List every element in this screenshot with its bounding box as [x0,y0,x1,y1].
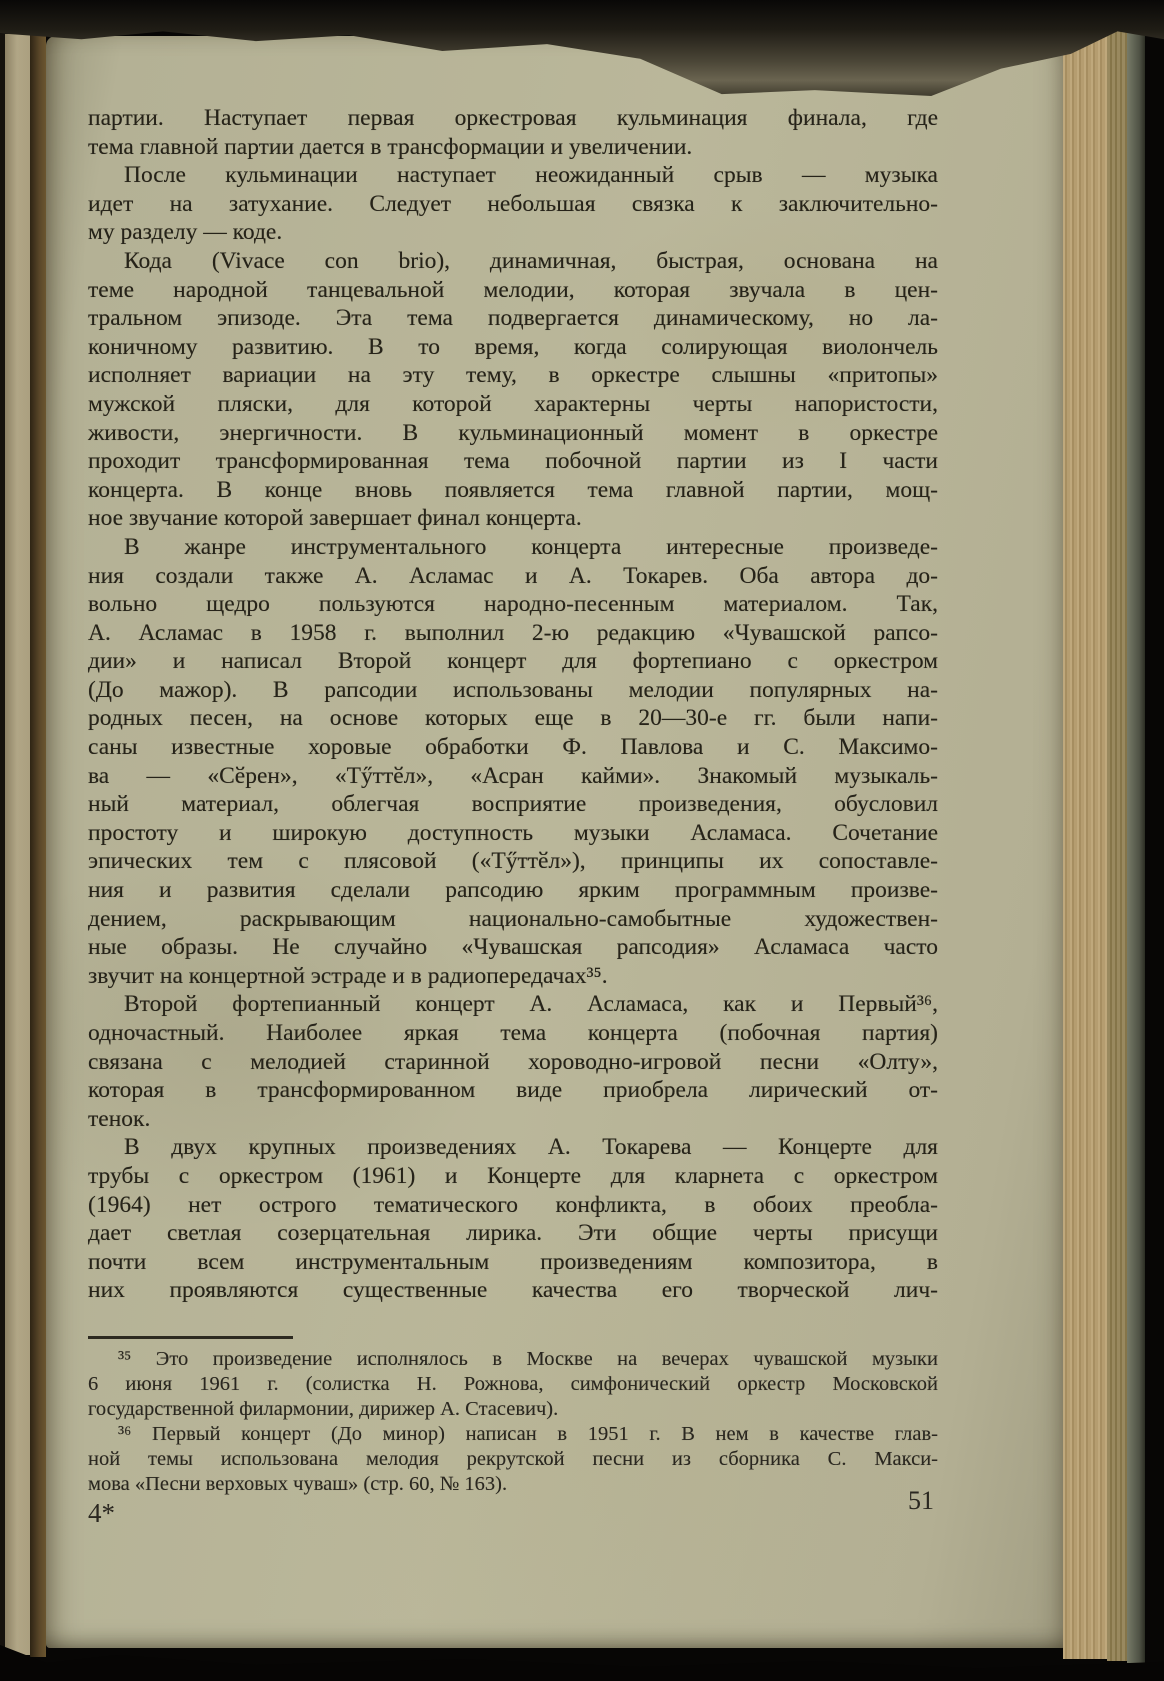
text-line: А. Асламас в 1958 г. выполнил 2-ю редакц… [88,619,938,648]
paragraph: Второй фортепианный концерт А. Асламаса,… [88,990,938,1133]
text-line: которая в трансформированном виде приобр… [88,1076,938,1105]
book-scan: партии. Наступает первая оркестровая кул… [0,0,1164,1681]
footnote: ³⁵ Это произведение исполнялось в Москве… [88,1347,938,1422]
text-line: трубы с оркестром (1961) и Концерте для … [88,1162,938,1191]
text-line: 6 июня 1961 г. (солистка Н. Рожнова, сим… [88,1372,938,1397]
text-line: эпических тем с плясовой («Тӳттӗл»), при… [88,847,938,876]
text-line: дением, раскрывающим национально-самобыт… [88,905,938,934]
text-line: вольно щедро пользуются народно-песенным… [88,590,938,619]
text-line: идет на затухание. Следует небольшая свя… [88,190,938,219]
text-line: саны известные хоровые обработки Ф. Павл… [88,733,938,762]
text-line: му разделу — коде. [88,218,938,247]
text-line: ния и развития сделали рапсодию ярким пр… [88,876,938,905]
text-line: ное звучание которой завершает финал кон… [88,504,938,533]
footnote: ³⁶ Первый концерт (До минор) написан в 1… [88,1422,938,1497]
text-line: В двух крупных произведениях А. Токарева… [88,1133,938,1162]
text-line: ³⁶ Первый концерт (До минор) написан в 1… [88,1422,938,1447]
paragraph: Кода (Vivace con brio), динамичная, быст… [88,247,938,533]
text-line: них проявляются существенные качества ег… [88,1276,938,1305]
fore-edge-pages [1063,30,1107,1659]
text-line: тральном эпизоде. Эта тема подвергается … [88,304,938,333]
text-line: ный материал, облегчая восприятие произв… [88,790,938,819]
paragraph: После кульминации наступает неожиданный … [88,161,938,247]
text-line: одночастный. Наиболее яркая тема концерт… [88,1019,938,1048]
text-line: почти всем инструментальным произведения… [88,1248,938,1277]
text-line: государственной филармонии, дирижер А. С… [88,1397,938,1422]
text-line: После кульминации наступает неожиданный … [88,161,938,190]
text-line: (1964) нет острого тематического конфлик… [88,1191,938,1220]
text-line: коничному развитию. В то время, когда со… [88,333,938,362]
text-line: Второй фортепианный концерт А. Асламаса,… [88,990,938,1019]
text-line: проходит трансформированная тема побочно… [88,447,938,476]
text-line: мова «Песни верховых чуваш» (стр. 60, № … [88,1472,938,1497]
text-line: дии» и написал Второй концерт для фортеп… [88,647,938,676]
text-line: ³⁵ Это произведение исполнялось в Москве… [88,1347,938,1372]
page-number: 51 [908,1486,934,1516]
text-line: исполняет вариации на эту тему, в оркест… [88,361,938,390]
text-line: Кода (Vivace con brio), динамичная, быст… [88,247,938,276]
book-page: партии. Наступает первая оркестровая кул… [46,36,1066,1648]
text-line: связана с мелодией старинной хороводно-и… [88,1048,938,1077]
text-line: (До мажор). В рапсодии использованы мело… [88,676,938,705]
book-gutter [30,32,46,1657]
text-line: дает светлая созерцательная лирика. Эти … [88,1219,938,1248]
text-line: ва — «Сӗрен», «Тӳттӗл», «Асран кайми». З… [88,762,938,791]
paragraph: партии. Наступает первая оркестровая кул… [88,104,938,161]
fore-edge-pages-inner [1107,30,1127,1661]
text-line: простоту и широкую доступность музыки Ас… [88,819,938,848]
text-line: теме народной танцевальной мелодии, кото… [88,276,938,305]
text-line: родных песен, на основе которых еще в 20… [88,704,938,733]
text-line: ной темы использована мелодия рекрутской… [88,1447,938,1472]
paragraph: В двух крупных произведениях А. Токарева… [88,1133,938,1305]
text-line: концерта. В конце вновь появляется тема … [88,476,938,505]
text-line: ния создали также А. Асламас и А. Токаре… [88,562,938,591]
text-line: тенок. [88,1105,938,1134]
text-line: живости, энергичности. В кульминационный… [88,419,938,448]
body-text: партии. Наступает первая оркестровая кул… [88,104,938,1305]
paragraph: В жанре инструментального концерта интер… [88,533,938,991]
text-line: партии. Наступает первая оркестровая кул… [88,104,938,133]
text-line: тема главной партии дается в трансформац… [88,133,938,162]
footnotes: ³⁵ Это произведение исполнялось в Москве… [88,1347,938,1497]
book-cover-edge [1127,28,1145,1663]
signature-mark: 4* [88,1498,115,1529]
text-line: ные образы. Не случайно «Чувашская рапсо… [88,933,938,962]
text-line: мужской пляски, для которой характерны ч… [88,390,938,419]
text-line: В жанре инструментального концерта интер… [88,533,938,562]
footnote-divider [88,1336,293,1339]
text-line: звучит на концертной эстраде и в радиопе… [88,962,938,991]
